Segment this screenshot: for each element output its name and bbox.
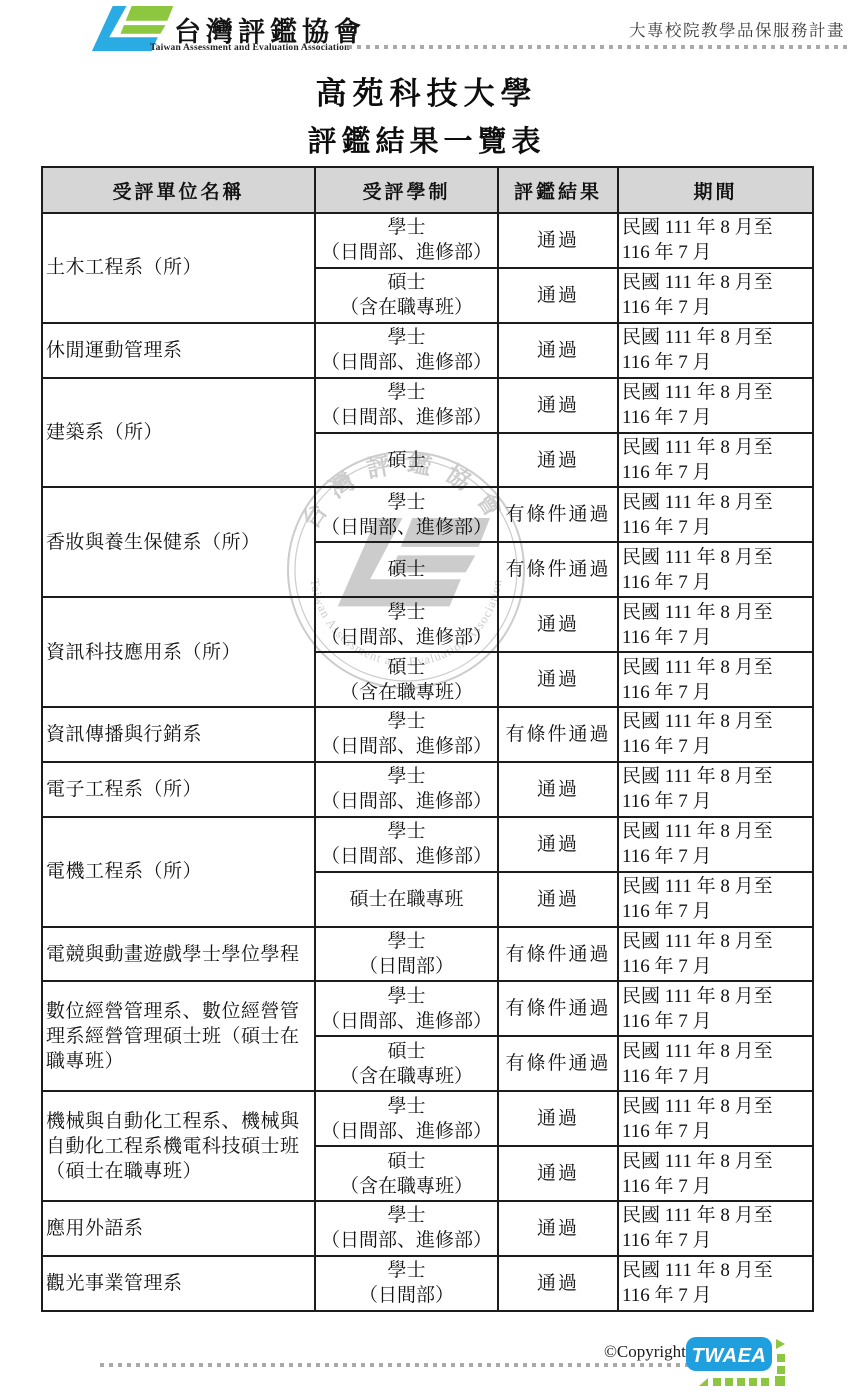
- period-line2: 116 年 7 月: [622, 240, 809, 265]
- program-cell: 碩士: [315, 433, 498, 488]
- result-cell: 通過: [498, 378, 618, 433]
- period-line2: 116 年 7 月: [622, 954, 809, 979]
- table-body: 土木工程系（所）學士（日間部、進修部）通過民國 111 年 8 月至116 年 …: [42, 213, 813, 1311]
- degree-note-line: （日間部、進修部）: [319, 405, 494, 430]
- period-line2: 116 年 7 月: [622, 295, 809, 320]
- result-cell: 通過: [498, 597, 618, 652]
- period-line2: 116 年 7 月: [622, 734, 809, 759]
- period-line1: 民國 111 年 8 月至: [622, 380, 809, 405]
- col-header-result: 評鑑結果: [498, 167, 618, 213]
- degree-note-line: （日間部、進修部）: [319, 1119, 494, 1144]
- degree-note-line: （日間部、進修部）: [319, 844, 494, 869]
- program-cell: 學士（日間部、進修部）: [315, 213, 498, 268]
- period-cell: 民國 111 年 8 月至116 年 7 月: [618, 1091, 813, 1146]
- degree-line: 碩士: [319, 448, 494, 473]
- program-cell: 學士（日間部、進修部）: [315, 762, 498, 817]
- degree-line: 學士: [319, 380, 494, 405]
- period-line2: 116 年 7 月: [622, 570, 809, 595]
- period-cell: 民國 111 年 8 月至116 年 7 月: [618, 433, 813, 488]
- period-line1: 民國 111 年 8 月至: [622, 270, 809, 295]
- degree-note-line: （日間部、進修部）: [319, 515, 494, 540]
- program-cell: 學士（日間部）: [315, 927, 498, 982]
- degree-note-line: （日間部、進修部）: [319, 789, 494, 814]
- unit-name-cell: 建築系（所）: [42, 378, 315, 488]
- degree-note-line: （日間部）: [319, 954, 494, 979]
- unit-name-cell: 資訊科技應用系（所）: [42, 597, 315, 707]
- col-header-program: 受評學制: [315, 167, 498, 213]
- degree-line: 學士: [319, 764, 494, 789]
- period-cell: 民國 111 年 8 月至116 年 7 月: [618, 378, 813, 433]
- period-cell: 民國 111 年 8 月至116 年 7 月: [618, 597, 813, 652]
- period-cell: 民國 111 年 8 月至116 年 7 月: [618, 981, 813, 1036]
- period-cell: 民國 111 年 8 月至116 年 7 月: [618, 1036, 813, 1091]
- period-cell: 民國 111 年 8 月至116 年 7 月: [618, 927, 813, 982]
- degree-note-line: （日間部）: [319, 1283, 494, 1308]
- unit-name-cell: 休閒運動管理系: [42, 323, 315, 378]
- period-line1: 民國 111 年 8 月至: [622, 1039, 809, 1064]
- period-line2: 116 年 7 月: [622, 1009, 809, 1034]
- degree-note-line: （含在職專班）: [319, 295, 494, 320]
- degree-note-line: （日間部、進修部）: [319, 734, 494, 759]
- degree-note-line: （日間部、進修部）: [319, 350, 494, 375]
- period-cell: 民國 111 年 8 月至116 年 7 月: [618, 1146, 813, 1201]
- result-cell: 有條件通過: [498, 707, 618, 762]
- period-cell: 民國 111 年 8 月至116 年 7 月: [618, 268, 813, 323]
- result-cell: 通過: [498, 323, 618, 378]
- table-row: 電子工程系（所）學士（日間部、進修部）通過民國 111 年 8 月至116 年 …: [42, 762, 813, 817]
- program-cell: 碩士在職專班: [315, 872, 498, 927]
- period-line2: 116 年 7 月: [622, 350, 809, 375]
- table-header-row: 受評單位名稱 受評學制 評鑑結果 期間: [42, 167, 813, 213]
- degree-line: 學士: [319, 600, 494, 625]
- period-cell: 民國 111 年 8 月至116 年 7 月: [618, 707, 813, 762]
- table-row: 機械與自動化工程系、機械與自動化工程系機電科技碩士班（碩士在職專班）學士（日間部…: [42, 1091, 813, 1146]
- period-cell: 民國 111 年 8 月至116 年 7 月: [618, 323, 813, 378]
- period-cell: 民國 111 年 8 月至116 年 7 月: [618, 652, 813, 707]
- table-row: 數位經營管理系、數位經營管理系經營管理碩士班（碩士在職專班）學士（日間部、進修部…: [42, 981, 813, 1036]
- period-line1: 民國 111 年 8 月至: [622, 545, 809, 570]
- period-line2: 116 年 7 月: [622, 1174, 809, 1199]
- copyright-text: ©Copyright: [604, 1342, 686, 1362]
- period-line1: 民國 111 年 8 月至: [622, 215, 809, 240]
- period-line1: 民國 111 年 8 月至: [622, 1094, 809, 1119]
- period-line1: 民國 111 年 8 月至: [622, 984, 809, 1009]
- period-line1: 民國 111 年 8 月至: [622, 929, 809, 954]
- program-name: 大專校院教學品保服務計畫: [629, 17, 845, 41]
- result-cell: 通過: [498, 268, 618, 323]
- program-cell: 碩士（含在職專班）: [315, 268, 498, 323]
- degree-line: 碩士: [319, 655, 494, 680]
- period-cell: 民國 111 年 8 月至116 年 7 月: [618, 817, 813, 872]
- degree-line: 學士: [319, 1258, 494, 1283]
- period-line1: 民國 111 年 8 月至: [622, 435, 809, 460]
- result-cell: 有條件通過: [498, 981, 618, 1036]
- result-cell: 通過: [498, 1256, 618, 1311]
- result-cell: 通過: [498, 652, 618, 707]
- period-line1: 民國 111 年 8 月至: [622, 600, 809, 625]
- result-cell: 通過: [498, 762, 618, 817]
- unit-name-cell: 數位經營管理系、數位經營管理系經營管理碩士班（碩士在職專班）: [42, 981, 315, 1091]
- degree-note-line: （日間部、進修部）: [319, 625, 494, 650]
- page-title: 高苑科技大學: [0, 68, 853, 113]
- period-line1: 民國 111 年 8 月至: [622, 709, 809, 734]
- result-cell: 通過: [498, 433, 618, 488]
- degree-line: 學士: [319, 1094, 494, 1119]
- association-name-en: Taiwan Assessment and Evaluation Associa…: [150, 43, 350, 53]
- program-cell: 學士（日間部、進修部）: [315, 323, 498, 378]
- period-line2: 116 年 7 月: [622, 625, 809, 650]
- program-cell: 學士（日間部、進修部）: [315, 1091, 498, 1146]
- period-line1: 民國 111 年 8 月至: [622, 819, 809, 844]
- result-cell: 有條件通過: [498, 487, 618, 542]
- period-line2: 116 年 7 月: [622, 1064, 809, 1089]
- degree-note-line: （日間部、進修部）: [319, 1228, 494, 1253]
- unit-name-cell: 電子工程系（所）: [42, 762, 315, 817]
- program-cell: 學士（日間部）: [315, 1256, 498, 1311]
- degree-line: 學士: [319, 215, 494, 240]
- program-cell: 碩士（含在職專班）: [315, 1146, 498, 1201]
- period-line1: 民國 111 年 8 月至: [622, 874, 809, 899]
- period-line1: 民國 111 年 8 月至: [622, 490, 809, 515]
- program-cell: 碩士: [315, 542, 498, 597]
- period-line1: 民國 111 年 8 月至: [622, 1149, 809, 1174]
- period-line2: 116 年 7 月: [622, 899, 809, 924]
- unit-name-cell: 土木工程系（所）: [42, 213, 315, 323]
- table-row: 電機工程系（所）學士（日間部、進修部）通過民國 111 年 8 月至116 年 …: [42, 817, 813, 872]
- program-cell: 學士（日間部、進修部）: [315, 597, 498, 652]
- period-line2: 116 年 7 月: [622, 844, 809, 869]
- table-row: 資訊傳播與行銷系學士（日間部、進修部）有條件通過民國 111 年 8 月至116…: [42, 707, 813, 762]
- degree-line: 學士: [319, 929, 494, 954]
- unit-name-cell: 資訊傳播與行銷系: [42, 707, 315, 762]
- program-cell: 學士（日間部、進修部）: [315, 981, 498, 1036]
- degree-line: 學士: [319, 819, 494, 844]
- period-cell: 民國 111 年 8 月至116 年 7 月: [618, 872, 813, 927]
- period-line2: 116 年 7 月: [622, 680, 809, 705]
- unit-name-cell: 應用外語系: [42, 1201, 315, 1256]
- result-cell: 通過: [498, 1146, 618, 1201]
- table-row: 土木工程系（所）學士（日間部、進修部）通過民國 111 年 8 月至116 年 …: [42, 213, 813, 268]
- table-row: 電競與動畫遊戲學士學位學程學士（日間部）有條件通過民國 111 年 8 月至11…: [42, 927, 813, 982]
- period-line2: 116 年 7 月: [622, 405, 809, 430]
- unit-name-cell: 電競與動畫遊戲學士學位學程: [42, 927, 315, 982]
- period-cell: 民國 111 年 8 月至116 年 7 月: [618, 1201, 813, 1256]
- table-row: 資訊科技應用系（所）學士（日間部、進修部）通過民國 111 年 8 月至116 …: [42, 597, 813, 652]
- result-cell: 有條件通過: [498, 927, 618, 982]
- col-header-period: 期間: [618, 167, 813, 213]
- period-line2: 116 年 7 月: [622, 1119, 809, 1144]
- header-dotted-divider: [348, 45, 848, 49]
- degree-line: 碩士: [319, 557, 494, 582]
- period-cell: 民國 111 年 8 月至116 年 7 月: [618, 542, 813, 597]
- unit-name-cell: 電機工程系（所）: [42, 817, 315, 927]
- period-line2: 116 年 7 月: [622, 1228, 809, 1253]
- table-row: 應用外語系學士（日間部、進修部）通過民國 111 年 8 月至116 年 7 月: [42, 1201, 813, 1256]
- twaea-logo-text: TWAEA: [692, 1345, 767, 1367]
- program-cell: 學士（日間部、進修部）: [315, 817, 498, 872]
- degree-note-line: （含在職專班）: [319, 1174, 494, 1199]
- period-line1: 民國 111 年 8 月至: [622, 655, 809, 680]
- period-line1: 民國 111 年 8 月至: [622, 1203, 809, 1228]
- logo-green-mid-bar: [120, 25, 165, 34]
- degree-note-line: （日間部、進修部）: [319, 240, 494, 265]
- evaluation-results-table: 受評單位名稱 受評學制 評鑑結果 期間 土木工程系（所）學士（日間部、進修部）通…: [41, 166, 814, 1312]
- period-cell: 民國 111 年 8 月至116 年 7 月: [618, 213, 813, 268]
- program-cell: 學士（日間部、進修部）: [315, 707, 498, 762]
- degree-line: 碩士在職專班: [319, 887, 494, 912]
- page-subtitle: 評鑑結果一覽表: [0, 119, 853, 160]
- degree-line: 學士: [319, 1203, 494, 1228]
- degree-line: 學士: [319, 984, 494, 1009]
- table-row: 建築系（所）學士（日間部、進修部）通過民國 111 年 8 月至116 年 7 …: [42, 378, 813, 433]
- degree-note-line: （含在職專班）: [319, 680, 494, 705]
- result-cell: 通過: [498, 213, 618, 268]
- program-cell: 碩士（含在職專班）: [315, 1036, 498, 1091]
- period-line1: 民國 111 年 8 月至: [622, 1258, 809, 1283]
- program-cell: 碩士（含在職專班）: [315, 652, 498, 707]
- footer-dotted-divider: [100, 1363, 688, 1367]
- table-row: 香妝與養生保健系（所）學士（日間部、進修部）有條件通過民國 111 年 8 月至…: [42, 487, 813, 542]
- degree-line: 學士: [319, 325, 494, 350]
- period-line2: 116 年 7 月: [622, 789, 809, 814]
- program-cell: 學士（日間部、進修部）: [315, 1201, 498, 1256]
- logo-green-top-bar: [126, 6, 174, 21]
- period-line2: 116 年 7 月: [622, 1283, 809, 1308]
- period-cell: 民國 111 年 8 月至116 年 7 月: [618, 762, 813, 817]
- twaea-logo-icon: TWAEA: [684, 1332, 796, 1388]
- result-cell: 有條件通過: [498, 542, 618, 597]
- unit-name-cell: 機械與自動化工程系、機械與自動化工程系機電科技碩士班（碩士在職專班）: [42, 1091, 315, 1201]
- period-line1: 民國 111 年 8 月至: [622, 325, 809, 350]
- result-cell: 有條件通過: [498, 1036, 618, 1091]
- unit-name-cell: 香妝與養生保健系（所）: [42, 487, 315, 597]
- degree-line: 學士: [319, 709, 494, 734]
- result-cell: 通過: [498, 872, 618, 927]
- unit-name-cell: 觀光事業管理系: [42, 1256, 315, 1311]
- table-row: 休閒運動管理系學士（日間部、進修部）通過民國 111 年 8 月至116 年 7…: [42, 323, 813, 378]
- degree-note-line: （日間部、進修部）: [319, 1009, 494, 1034]
- period-cell: 民國 111 年 8 月至116 年 7 月: [618, 487, 813, 542]
- period-cell: 民國 111 年 8 月至116 年 7 月: [618, 1256, 813, 1311]
- period-line2: 116 年 7 月: [622, 460, 809, 485]
- degree-line: 碩士: [319, 270, 494, 295]
- period-line2: 116 年 7 月: [622, 515, 809, 540]
- degree-line: 碩士: [319, 1149, 494, 1174]
- degree-line: 學士: [319, 490, 494, 515]
- period-line1: 民國 111 年 8 月至: [622, 764, 809, 789]
- program-cell: 學士（日間部、進修部）: [315, 378, 498, 433]
- program-cell: 學士（日間部、進修部）: [315, 487, 498, 542]
- degree-note-line: （含在職專班）: [319, 1064, 494, 1089]
- result-cell: 通過: [498, 1091, 618, 1146]
- col-header-unit: 受評單位名稱: [42, 167, 315, 213]
- table-row: 觀光事業管理系學士（日間部）通過民國 111 年 8 月至116 年 7 月: [42, 1256, 813, 1311]
- degree-line: 碩士: [319, 1039, 494, 1064]
- result-cell: 通過: [498, 817, 618, 872]
- result-cell: 通過: [498, 1201, 618, 1256]
